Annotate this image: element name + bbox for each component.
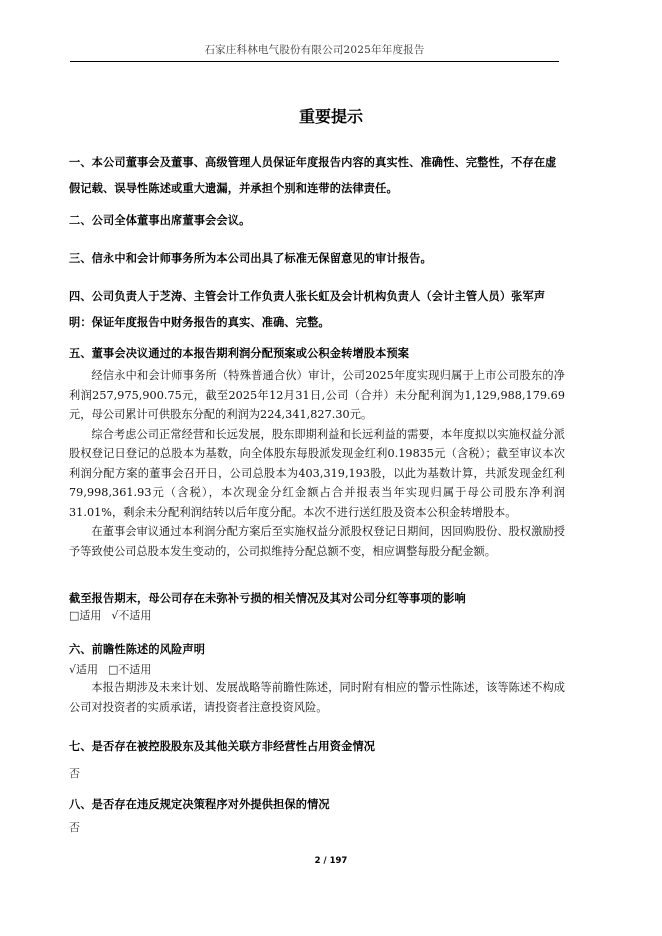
section-1: 一、本公司董事会及董事、高级管理人员保证年度报告内容的真实性、准确性、完整性，不… [69, 150, 565, 202]
section-5-paragraph-adjustment: 在董事会审议通过本利润分配方案后至实施权益分派股权登记日期间，因回购股份、股权激… [69, 522, 565, 561]
option-not-applicable-checked: √不适用 [111, 609, 151, 622]
section-5-paragraph-audit: 经信永中和会计师事务所（特殊普通合伙）审计，公司2025年度实现归属于上市公司股… [69, 366, 565, 425]
section-6: 六、前瞻性陈述的风险声明 √适用□不适用 本报告期涉及未来计划、发展战略等前瞻性… [69, 640, 565, 717]
loss-note-options: □适用√不适用 [69, 608, 565, 624]
section-6-heading: 六、前瞻性陈述的风险声明 [69, 640, 565, 660]
running-header-title: 石家庄科林电气股份有限公司2025年年度报告 [70, 42, 559, 58]
section-8-heading: 八、是否存在违反规定决策程序对外提供担保的情况 [69, 795, 565, 815]
section-4-text: 四、公司负责人于芝涛、主管会计工作负责人张长虹及会计机构负责人（会计主管人员）张… [69, 284, 565, 336]
section-2: 二、公司全体董事出席董事会会议。 [69, 210, 565, 231]
section-5: 五、董事会决议通过的本报告期利润分配预案或公积金转增股本预案 经信永中和会计师事… [69, 343, 565, 561]
section-5-heading: 五、董事会决议通过的本报告期利润分配预案或公积金转增股本预案 [69, 343, 565, 364]
header-divider [70, 61, 559, 62]
option-applicable-checked: √适用 [69, 663, 98, 676]
section-4: 四、公司负责人于芝涛、主管会计工作负责人张长虹及会计机构负责人（会计主管人员）张… [69, 284, 565, 336]
section-6-options: √适用□不适用 [69, 662, 565, 678]
section-7: 七、是否存在被控股股东及其他关联方非经营性占用资金情况 否 [69, 737, 565, 782]
section-8-answer: 否 [69, 820, 565, 836]
section-6-paragraph: 本报告期涉及未来计划、发展战略等前瞻性陈述，同时附有相应的警示性陈述，该等陈述不… [69, 678, 565, 717]
section-8: 八、是否存在违反规定决策程序对外提供担保的情况 否 [69, 795, 565, 836]
section-3-text: 三、信永中和会计师事务所为本公司出具了标准无保留意见的审计报告。 [69, 248, 565, 269]
section-7-answer: 否 [69, 766, 565, 782]
section-1-text: 一、本公司董事会及董事、高级管理人员保证年度报告内容的真实性、准确性、完整性，不… [69, 150, 565, 202]
loss-note-section: 截至报告期末，母公司存在未弥补亏损的相关情况及其对公司分红等事项的影响 □适用√… [69, 590, 565, 624]
section-2-text: 二、公司全体董事出席董事会会议。 [69, 210, 565, 231]
option-not-applicable-unchecked: □不适用 [108, 663, 151, 676]
loss-note-heading: 截至报告期末，母公司存在未弥补亏损的相关情况及其对公司分红等事项的影响 [69, 590, 565, 608]
section-5-paragraph-dividend: 综合考虑公司正常经营和长远发展，股东即期利益和长远利益的需要，本年度拟以实施权益… [69, 425, 565, 523]
section-7-heading: 七、是否存在被控股股东及其他关联方非经营性占用资金情况 [69, 737, 565, 757]
page-number: 2 / 197 [0, 855, 662, 867]
option-applicable-unchecked: □适用 [69, 609, 101, 622]
page-title: 重要提示 [0, 106, 662, 128]
section-3: 三、信永中和会计师事务所为本公司出具了标准无保留意见的审计报告。 [69, 248, 565, 269]
